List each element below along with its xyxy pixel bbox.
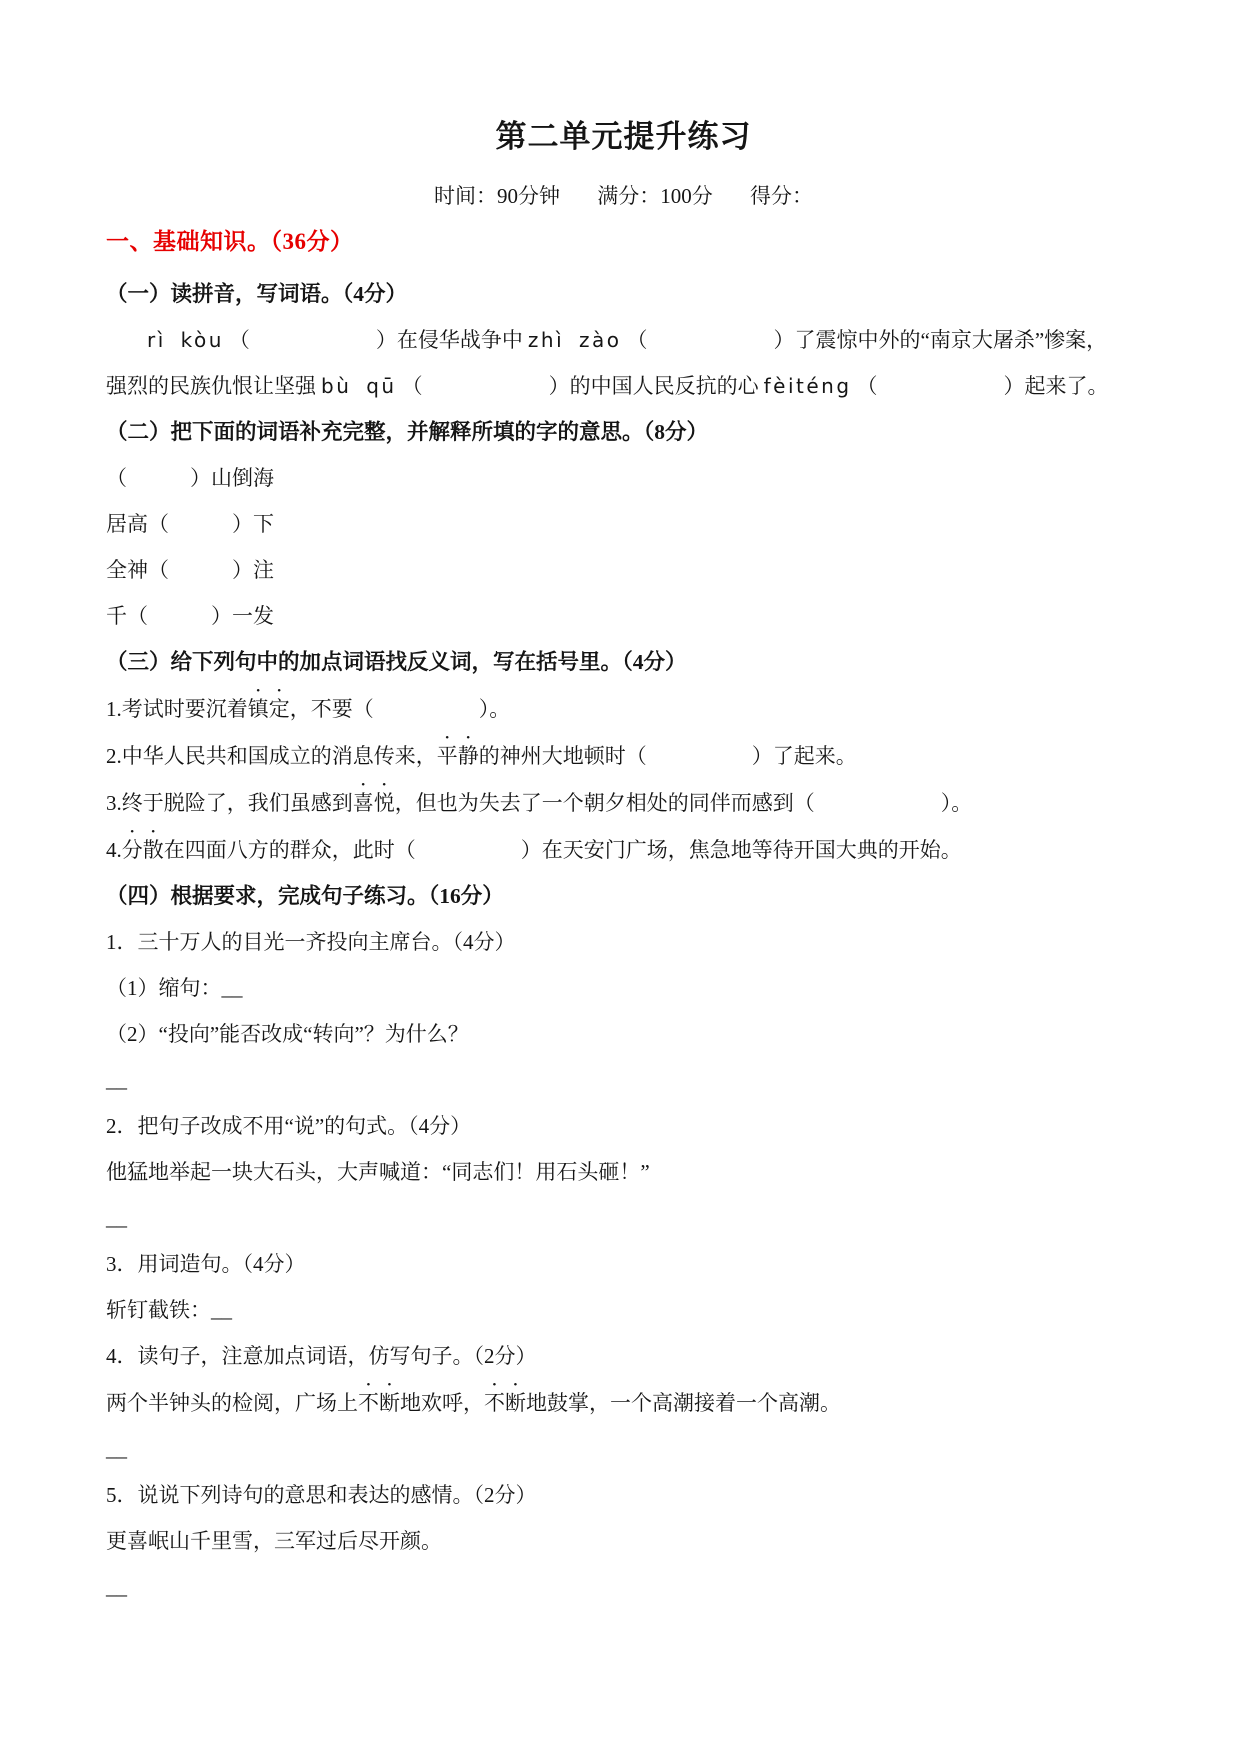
sec4-heading: （四）根据要求，完成句子练习。（16分） bbox=[106, 873, 1141, 919]
sec4-q5-prompt: 5．说说下列诗句的意思和表达的感情。（2分） bbox=[106, 1472, 1141, 1518]
sec4-q2-sentence: 他猛地举起一块大石头，大声喊道：“同志们！用石头砸！” bbox=[106, 1149, 1141, 1195]
sec3-item-2: 2.中华人民共和国成立的消息传来，平静的神州大地顿时（ ）了起来。 bbox=[106, 732, 1141, 779]
page-title: 第二单元提升练习 bbox=[106, 115, 1141, 159]
sec2-idiom-4: 千（ ）一发 bbox=[106, 593, 1141, 639]
sec3-item-1: 1.考试时要沉着镇定，不要（ ）。 bbox=[106, 685, 1141, 732]
part1-heading: 一、基础知识。（36分） bbox=[106, 225, 1141, 259]
sec4-q5-poem: 更喜岷山千里雪，三军过后尽开颜。 bbox=[106, 1518, 1141, 1564]
meta-time: 时间：90分钟 bbox=[434, 184, 560, 208]
sec4-q3-word-blank: 斩钉截铁：__ bbox=[106, 1287, 1141, 1333]
sec2-heading: （二）把下面的词语补充完整，并解释所填的字的意思。（8分） bbox=[106, 409, 1141, 455]
sec1-pinyin-sentence-1: rì kòu（ ）在侵华战争中zhì zào（ ）了震惊中外的“南京大屠杀”惨案… bbox=[106, 317, 1141, 363]
meta-score-label: 得分： bbox=[750, 184, 813, 208]
sec1-pinyin-sentence-2: 强烈的民族仇恨让坚强bù qū（ ）的中国人民反抗的心fèiténg（ ）起来了… bbox=[106, 363, 1141, 409]
sec4-q1-sentence: 1．三十万人的目光一齐投向主席台。（4分） bbox=[106, 919, 1141, 965]
sec3-item-4: 4.分散在四面八方的群众，此时（ ）在天安门广场，焦急地等待开国大典的开始。 bbox=[106, 826, 1141, 873]
sec2-idiom-3: 全神（ ）注 bbox=[106, 547, 1141, 593]
sec2-idiom-2: 居高（ ）下 bbox=[106, 501, 1141, 547]
sec4-q1-question: （2）“投向”能否改成“转向”？为什么？ bbox=[106, 1011, 1141, 1057]
sec4-q4-sentence: 两个半钟头的检阅，广场上不断地欢呼，不断地鼓掌，一个高潮接着一个高潮。 bbox=[106, 1379, 1141, 1426]
answer-blank-2: __ bbox=[106, 1195, 1141, 1241]
answer-blank-4: __ bbox=[106, 1564, 1141, 1610]
sec3-heading: （三）给下列句中的加点词语找反义词，写在括号里。（4分） bbox=[106, 639, 1141, 685]
sec2-idiom-1: （ ）山倒海 bbox=[106, 455, 1141, 501]
sec3-item-3: 3.终于脱险了，我们虽感到喜悦，但也为失去了一个朝夕相处的同伴而感到（ ）。 bbox=[106, 779, 1141, 826]
answer-blank-1: __ bbox=[106, 1057, 1141, 1103]
sec4-q3-prompt: 3．用词造句。（4分） bbox=[106, 1241, 1141, 1287]
sec4-q2-prompt: 2．把句子改成不用“说”的句式。（4分） bbox=[106, 1103, 1141, 1149]
sec1-heading: （一）读拼音，写词语。（4分） bbox=[106, 271, 1141, 317]
sec4-q1-shorten: （1）缩句：__ bbox=[106, 965, 1141, 1011]
sec4-q4-prompt: 4．读句子，注意加点词语，仿写句子。（2分） bbox=[106, 1333, 1141, 1379]
answer-blank-3: __ bbox=[106, 1426, 1141, 1472]
meta-full-score: 满分：100分 bbox=[597, 184, 713, 208]
meta-row: 时间：90分钟 满分：100分 得分： bbox=[106, 181, 1141, 211]
exam-paper: 第二单元提升练习 时间：90分钟 满分：100分 得分： 一、基础知识。（36分… bbox=[0, 0, 1241, 1754]
